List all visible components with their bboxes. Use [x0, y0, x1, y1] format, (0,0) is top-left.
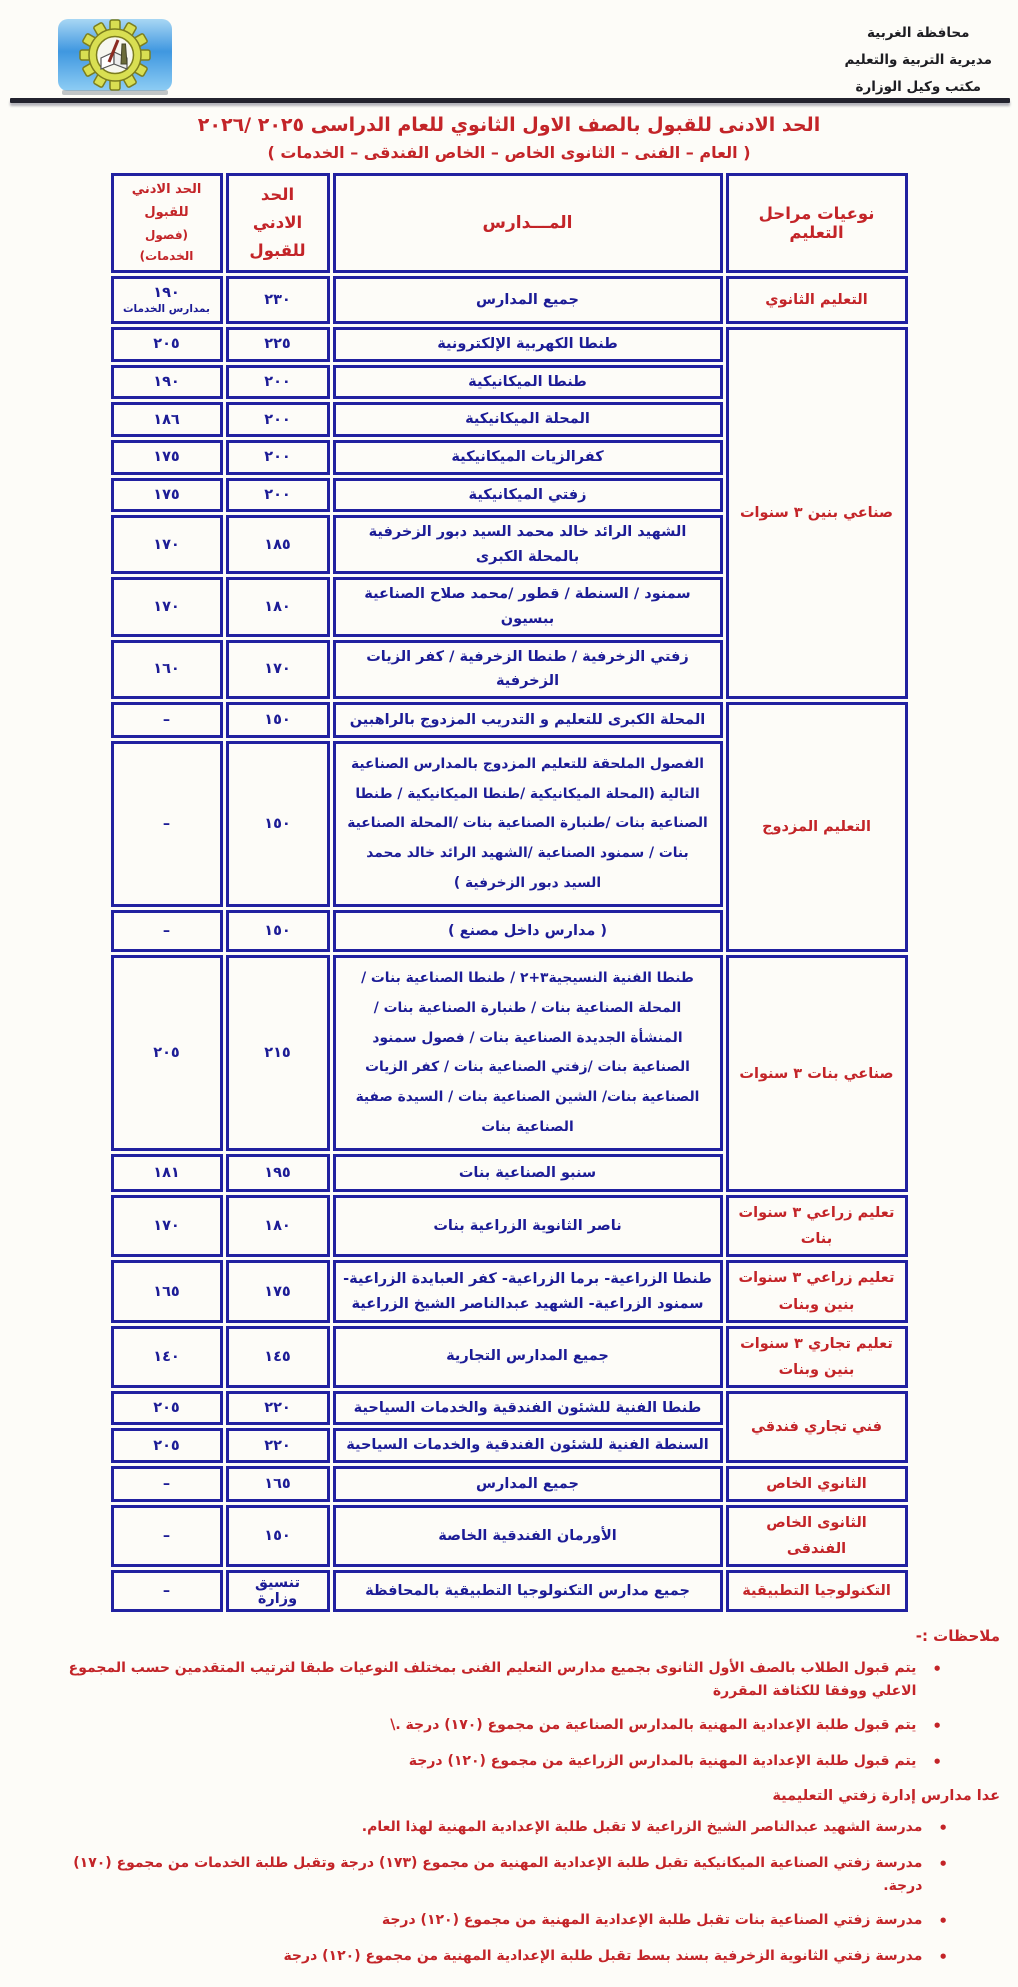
services-score-value: ١٩٠: [153, 285, 180, 301]
category-cell: التعليم المزدوج: [726, 702, 908, 952]
category-cell: التعليم الثانوي: [726, 276, 908, 324]
notes-section: ملاحظات :- • يتم قبول الطلاب بالصف الأول…: [0, 1627, 1018, 1969]
table-row: الثانوي الخاص جميع المدارس ١٦٥ –: [111, 1466, 908, 1502]
min-score-cell: ١٥٠: [226, 910, 330, 952]
table-row: التعليم الثانوي جميع المدارس ٢٣٠ ١٩٠ بمد…: [111, 276, 908, 324]
school-cell: جميع المدارس: [333, 1466, 723, 1502]
min-score-cell: ٢٢٥: [226, 327, 330, 362]
school-cell: ( مدارس داخل مصنع ): [333, 910, 723, 952]
school-cell: المحلة الكبرى للتعليم و التدريب المزدوج …: [333, 702, 723, 738]
note-item: • يتم قبول طلبة الإعدادية المهنية بالمدا…: [30, 1714, 1000, 1738]
org-line-office: مكتب وكيل الوزارة: [845, 74, 992, 101]
note-text: يتم قبول الطلاب بالصف الأول الثانوى بجمي…: [30, 1657, 916, 1702]
document-title: الحد الادنى للقبول بالصف الاول الثانوي ل…: [0, 114, 1018, 136]
note-text: مدرسة زفتي الصناعية الميكانيكية تقبل طلب…: [30, 1852, 922, 1897]
services-score-cell: ١٨١: [111, 1154, 223, 1192]
services-score-cell: –: [111, 741, 223, 907]
org-block: محافظة الغربية مديرية التربية والتعليم م…: [845, 16, 992, 101]
category-cell: تعليم تجاري ٣ سنوات بنين وبنات: [726, 1326, 908, 1388]
services-score-cell: ١٧٠: [111, 577, 223, 636]
bullet-icon: •: [938, 1945, 948, 1969]
school-cell: جميع المدارس: [333, 276, 723, 324]
category-cell: تعليم زراعي ٣ سنوات بنات: [726, 1195, 908, 1257]
school-cell: الأورمان الفندقية الخاصة: [333, 1505, 723, 1567]
bullet-icon: •: [932, 1714, 942, 1738]
document-page: محافظة الغربية مديرية التربية والتعليم م…: [0, 0, 1018, 1987]
note-item: • مدرسة الشهيد عبدالناصر الشيخ الزراعية …: [30, 1816, 1000, 1840]
column-header-min-line2: للقبول: [236, 237, 320, 265]
min-score-cell: ١٨٥: [226, 515, 330, 574]
note-text: مدرسة الشهيد عبدالناصر الشيخ الزراعية لا…: [362, 1816, 923, 1838]
school-cell: السنطة الفنية للشئون الفندقية والخدمات ا…: [333, 1428, 723, 1463]
min-score-cell: ١٨٠: [226, 577, 330, 636]
table-row: تعليم تجاري ٣ سنوات بنين وبنات جميع المد…: [111, 1326, 908, 1388]
category-cell: التكنولوجيا التطبيقية: [726, 1570, 908, 1612]
table-row: صناعي بنات ٣ سنوات طنطا الفنية النسيجية٣…: [111, 955, 908, 1151]
min-score-cell: ٢٢٠: [226, 1428, 330, 1463]
school-cell: ناصر الثانوية الزراعية بنات: [333, 1195, 723, 1257]
services-score-cell: ١٩٠: [111, 365, 223, 400]
school-cell: طنطا الميكانيكية: [333, 365, 723, 400]
min-score-cell: تنسيق وزارة: [226, 1570, 330, 1612]
category-cell: تعليم زراعي ٣ سنوات بنين وبنات: [726, 1260, 908, 1322]
services-score-cell: ٢٠٥: [111, 1391, 223, 1426]
gear-book-pen-icon: [52, 16, 180, 100]
services-score-cell: ١٨٦: [111, 402, 223, 437]
school-cell: كفرالزيات الميكانيكية: [333, 440, 723, 475]
services-score-cell: –: [111, 1505, 223, 1567]
table-row: صناعي بنين ٣ سنوات طنطا الكهربية الإلكتر…: [111, 327, 908, 362]
letterhead: محافظة الغربية مديرية التربية والتعليم م…: [0, 12, 1018, 98]
column-header-schools: المـــدارس: [333, 173, 723, 273]
school-cell: طنطا الكهربية الإلكترونية: [333, 327, 723, 362]
table-row: فني تجاري فندقي طنطا الفنية للشئون الفند…: [111, 1391, 908, 1426]
services-score-cell: ٢٠٥: [111, 955, 223, 1151]
table-row: الثانوى الخاص الفندقى الأورمان الفندقية …: [111, 1505, 908, 1567]
bullet-icon: •: [938, 1816, 948, 1840]
exception-heading: عدا مدارس إدارة زفتي التعليمية: [30, 1788, 1000, 1804]
min-score-cell: ١٦٥: [226, 1466, 330, 1502]
services-score-cell: ١٦٠: [111, 640, 223, 699]
table-row: تعليم زراعي ٣ سنوات بنات ناصر الثانوية ا…: [111, 1195, 908, 1257]
category-cell: فني تجاري فندقي: [726, 1391, 908, 1463]
school-cell: طنطا الفنية للشئون الفندقية والخدمات الس…: [333, 1391, 723, 1426]
exception-list: • مدرسة الشهيد عبدالناصر الشيخ الزراعية …: [30, 1816, 1000, 1969]
services-score-cell: ١٤٠: [111, 1326, 223, 1388]
min-score-cell: ٢٠٠: [226, 440, 330, 475]
ministry-logo: [52, 16, 180, 100]
min-score-cell: ١٤٥: [226, 1326, 330, 1388]
services-score-cell: ١٩٠ بمدارس الخدمات: [111, 276, 223, 324]
min-score-cell: ١٧٠: [226, 640, 330, 699]
note-text: يتم قبول طلبة الإعدادية المهنية بالمدارس…: [409, 1750, 917, 1772]
min-score-cell: ١٧٥: [226, 1260, 330, 1322]
min-score-cell: ١٨٠: [226, 1195, 330, 1257]
school-cell: الشهيد الرائد خالد محمد السيد دبور الزخر…: [333, 515, 723, 574]
services-score-cell: –: [111, 910, 223, 952]
column-header-services-score: الحد الادني للقبول (فصول الخدمات): [111, 173, 223, 273]
bullet-icon: •: [938, 1852, 948, 1876]
school-cell: جميع المدارس التجارية: [333, 1326, 723, 1388]
column-header-min-line1: الحد الادني: [236, 181, 320, 237]
min-score-cell: ١٥٠: [226, 702, 330, 738]
table-row: تعليم زراعي ٣ سنوات بنين وبنات طنطا الزر…: [111, 1260, 908, 1322]
services-score-cell: ١٧٠: [111, 515, 223, 574]
note-item: • يتم قبول طلبة الإعدادية المهنية بالمدا…: [30, 1750, 1000, 1774]
category-cell: الثانوى الخاص الفندقى: [726, 1505, 908, 1567]
note-item: • يتم قبول الطلاب بالصف الأول الثانوى بج…: [30, 1657, 1000, 1702]
note-item: • مدرسة زفتي الثانوية الزخرفية بسند بسط …: [30, 1945, 1000, 1969]
services-score-cell: –: [111, 1466, 223, 1502]
category-cell: صناعي بنين ٣ سنوات: [726, 327, 908, 699]
bullet-icon: •: [938, 1909, 948, 1933]
column-header-categories: نوعيات مراحل التعليم: [726, 173, 908, 273]
notes-heading: ملاحظات :-: [30, 1627, 1000, 1645]
note-item: • مدرسة زفتي الصناعية الميكانيكية تقبل ط…: [30, 1852, 1000, 1897]
min-score-cell: ١٥٠: [226, 741, 330, 907]
services-score-cell: ١٧٥: [111, 440, 223, 475]
min-score-cell: ٢٢٠: [226, 1391, 330, 1426]
note-text: مدرسة زفتي الثانوية الزخرفية بسند بسط تق…: [283, 1945, 922, 1967]
services-score-cell: ٢٠٥: [111, 327, 223, 362]
note-item: • مدرسة زفتي الصناعية بنات تقبل طلبة الإ…: [30, 1909, 1000, 1933]
min-score-cell: ١٩٥: [226, 1154, 330, 1192]
services-score-cell: ١٧٥: [111, 478, 223, 513]
org-line-directorate: مديرية التربية والتعليم: [845, 47, 992, 74]
note-text: يتم قبول طلبة الإعدادية المهنية بالمدارس…: [390, 1714, 916, 1736]
column-header-services-line2: (فصول الخدمات): [121, 225, 213, 268]
school-cell: سنبو الصناعية بنات: [333, 1154, 723, 1192]
school-cell: زفتي الزخرفية / طنطا الزخرفية / كفر الزي…: [333, 640, 723, 699]
services-score-cell: ٢٠٥: [111, 1428, 223, 1463]
bullet-icon: •: [932, 1750, 942, 1774]
school-cell: جميع مدارس التكنولوجيا التطبيقية بالمحاف…: [333, 1570, 723, 1612]
min-score-cell: ٢١٥: [226, 955, 330, 1151]
category-cell: صناعي بنات ٣ سنوات: [726, 955, 908, 1192]
school-cell: طنطا الفنية النسيجية٣+٢ / طنطا الصناعية …: [333, 955, 723, 1151]
services-score-cell: ١٧٠: [111, 1195, 223, 1257]
document-subtitle: ( العام – الفنى – الثانوى الخاص – الخاص …: [0, 143, 1018, 162]
min-score-cell: ٢٠٠: [226, 365, 330, 400]
min-score-cell: ١٥٠: [226, 1505, 330, 1567]
services-score-cell: ١٦٥: [111, 1260, 223, 1322]
org-line-governorate: محافظة الغربية: [845, 20, 992, 47]
bullet-icon: •: [932, 1657, 942, 1681]
table-row: التعليم المزدوج المحلة الكبرى للتعليم و …: [111, 702, 908, 738]
column-header-min-score: الحد الادني للقبول: [226, 173, 330, 273]
services-score-cell: –: [111, 1570, 223, 1612]
services-score-note: بمدارس الخدمات: [121, 303, 213, 315]
note-text: مدرسة زفتي الصناعية بنات تقبل طلبة الإعد…: [382, 1909, 923, 1931]
column-header-services-line1: الحد الادني للقبول: [132, 182, 202, 220]
school-cell: طنطا الزراعية- برما الزراعية- كفر العباي…: [333, 1260, 723, 1322]
min-score-cell: ٢٣٠: [226, 276, 330, 324]
min-score-cell: ٢٠٠: [226, 402, 330, 437]
table-header-row: نوعيات مراحل التعليم المـــدارس الحد الا…: [111, 173, 908, 273]
school-cell: الفصول الملحقة للتعليم المزدوج بالمدارس …: [333, 741, 723, 907]
min-score-cell: ٢٠٠: [226, 478, 330, 513]
table-row: التكنولوجيا التطبيقية جميع مدارس التكنول…: [111, 1570, 908, 1612]
admission-table: نوعيات مراحل التعليم المـــدارس الحد الا…: [108, 170, 911, 1615]
school-cell: سمنود / السنطة / قطور /محمد صلاح الصناعي…: [333, 577, 723, 636]
school-cell: المحلة الميكانيكية: [333, 402, 723, 437]
services-score-cell: –: [111, 702, 223, 738]
school-cell: زفتي الميكانيكية: [333, 478, 723, 513]
category-cell: الثانوي الخاص: [726, 1466, 908, 1502]
